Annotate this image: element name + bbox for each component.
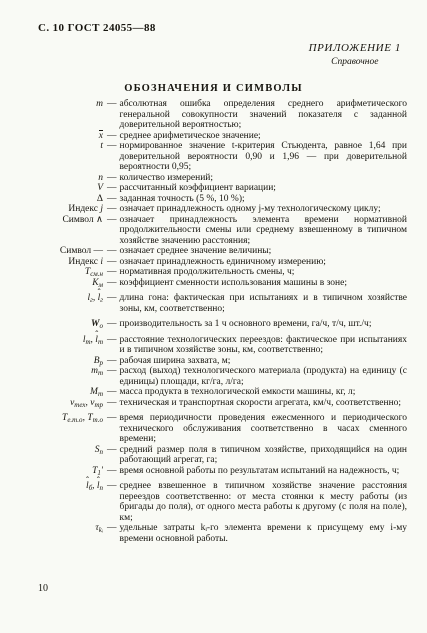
symbol-description: рабочая ширина захвата, м;	[120, 356, 408, 367]
symbol: Sп	[33, 445, 103, 456]
dash-separator: —	[103, 246, 120, 257]
symbol-entry: x—среднее арифметическое значение;	[33, 131, 407, 142]
symbol-kind-label: Индекс	[68, 257, 100, 267]
dash-separator: —	[103, 481, 120, 492]
symbol-description: средний размер поля в типичном хозяйстве…	[120, 445, 408, 466]
dash-separator: —	[103, 293, 120, 304]
symbol-entry: Mт—масса продукта в технологической емко…	[33, 387, 407, 398]
symbol-entry: Символ ∧—означает принадлежность элемент…	[33, 215, 407, 247]
symbol: V	[33, 183, 103, 194]
symbol-description: означает принадлежность одному j-му техн…	[120, 204, 408, 215]
dash-separator: —	[103, 131, 120, 142]
symbol: Wо	[33, 319, 103, 330]
symbol-description: нормативная продолжительность смены, ч;	[120, 267, 408, 278]
symbol-entry: lг, lг—длина гона: фактическая при испыт…	[33, 293, 407, 314]
symbol-entry: T1′—время основной работы по результатам…	[33, 466, 407, 477]
dash-separator: —	[103, 204, 120, 215]
symbol: t	[33, 141, 103, 152]
symbol-description: среднее взвешенное в типичном хозяйстве …	[120, 481, 408, 523]
symbol-description: количество измерений;	[120, 173, 408, 184]
appendix-block: ПРИЛОЖЕНИЕ 1 Справочное	[309, 42, 401, 67]
dash-separator: —	[103, 445, 120, 456]
symbol-description: длина гона: фактическая при испытаниях и…	[120, 293, 408, 314]
dash-separator: —	[103, 356, 120, 367]
dash-separator: —	[103, 183, 120, 194]
dash-separator: —	[103, 466, 120, 477]
symbol: Mт	[33, 387, 103, 398]
symbol-description: расход (выход) технологического материал…	[120, 366, 408, 387]
page-number: 10	[38, 583, 48, 594]
dash-separator: —	[103, 99, 120, 110]
symbol-entry: n—количество измерений;	[33, 173, 407, 184]
symbol-entry: Индекс i—означает принадлежность единичн…	[33, 257, 407, 268]
dash-separator: —	[103, 523, 120, 534]
symbol-description: нормированное значение t-критерия Стьюде…	[120, 141, 408, 173]
dash-separator: —	[103, 173, 120, 184]
symbol-description: удельные затраты kᵢ-го элемента времени …	[120, 523, 408, 544]
symbol: mт	[33, 366, 103, 377]
dash-separator: —	[103, 278, 120, 289]
symbol-entry: Kм—коэффициент сменности использования м…	[33, 278, 407, 289]
dash-separator: —	[103, 387, 120, 398]
symbol-entry: lт, lт—расстояние технологических переез…	[33, 335, 407, 356]
symbol-description: время периодичности проведения ежесменно…	[120, 413, 408, 445]
symbol: lб, lп	[33, 481, 103, 492]
symbol: x	[33, 131, 103, 142]
appendix-note: Справочное	[309, 57, 401, 67]
symbol: vтех, vтр	[33, 398, 103, 409]
symbol: Индекс j	[33, 204, 103, 215]
symbol-description: время основной работы по результатам исп…	[120, 466, 408, 477]
dash-separator: —	[103, 215, 120, 226]
dash-separator: —	[103, 366, 120, 377]
symbol-entry: Wо—производительность за 1 ч основного в…	[33, 319, 407, 330]
symbol-kind-label: Индекс	[68, 204, 100, 214]
symbol: Bр	[33, 356, 103, 367]
symbol-description: абсолютная ошибка определения среднего а…	[120, 99, 408, 131]
symbol-entry: vтех, vтр—техническая и транспортная ско…	[33, 398, 407, 409]
symbol-entry: Bр—рабочая ширина захвата, м;	[33, 356, 407, 367]
dash-separator: —	[103, 398, 120, 409]
symbol-entry: Символ ——означает среднее значение велич…	[33, 246, 407, 257]
symbol-kind-label: Символ	[60, 246, 94, 256]
symbol-kind-label: Символ	[62, 215, 96, 225]
symbol-entry: m—абсолютная ошибка определения среднего…	[33, 99, 407, 131]
symbol-entry: Индекс j—означает принадлежность одному …	[33, 204, 407, 215]
symbol: n	[33, 173, 103, 184]
document-page: С. 10 ГОСТ 24055—88 ПРИЛОЖЕНИЕ 1 Справоч…	[0, 0, 427, 633]
page-title: ОБОЗНАЧЕНИЯ И СИМВОЛЫ	[0, 83, 427, 94]
symbol: Символ —	[33, 246, 103, 257]
dash-separator: —	[103, 319, 120, 330]
appendix-label: ПРИЛОЖЕНИЕ 1	[309, 42, 401, 54]
symbol: Tсм.н	[33, 267, 103, 278]
symbol-entry: Tе.т.о, Tт.о—время периодичности проведе…	[33, 413, 407, 445]
dash-separator: —	[103, 141, 120, 152]
symbol-entry: Sп—средний размер поля в типичном хозяйс…	[33, 445, 407, 466]
dash-separator: —	[103, 267, 120, 278]
dash-separator: —	[103, 335, 120, 346]
symbol-description: коэффициент сменности использования маши…	[120, 278, 408, 289]
symbol-description: производительность за 1 ч основного врем…	[120, 319, 408, 330]
symbol: Kм	[33, 278, 103, 289]
symbol-description: расстояние технологических переездов: фа…	[120, 335, 408, 356]
symbol-entry: τkᵢ—удельные затраты kᵢ-го элемента врем…	[33, 523, 407, 544]
dash-separator: —	[103, 194, 120, 205]
symbol-entry: Tсм.н—нормативная продолжительность смен…	[33, 267, 407, 278]
symbol: T1′	[33, 466, 103, 477]
symbol-description: техническая и транспортная скорости агре…	[120, 398, 408, 409]
symbol: Δ	[33, 194, 103, 205]
symbol-description: означает принадлежность элемента времени…	[120, 215, 408, 247]
dash-separator: —	[103, 257, 120, 268]
symbol-entry: Δ—заданная точность (5 %, 10 %);	[33, 194, 407, 205]
symbol: Символ ∧	[33, 215, 103, 226]
symbol-description: означает принадлежность единичному измер…	[120, 257, 408, 268]
symbol-entry: lб, lп—среднее взвешенное в типичном хоз…	[33, 481, 407, 523]
doc-header: С. 10 ГОСТ 24055—88	[38, 22, 156, 34]
symbol-description: рассчитанный коэффициент вариации;	[120, 183, 408, 194]
symbol: lт, lт	[33, 335, 103, 346]
symbols-list: m—абсолютная ошибка определения среднего…	[33, 99, 407, 544]
symbol-description: заданная точность (5 %, 10 %);	[120, 194, 408, 205]
symbol-description: масса продукта в технологической емкости…	[120, 387, 408, 398]
symbol: Индекс i	[33, 257, 103, 268]
symbol: m	[33, 99, 103, 110]
symbol-entry: V—рассчитанный коэффициент вариации;	[33, 183, 407, 194]
symbol-description: означает среднее значение величины;	[120, 246, 408, 257]
symbol: Tе.т.о, Tт.о	[33, 413, 103, 424]
symbol-entry: t—нормированное значение t-критерия Стью…	[33, 141, 407, 173]
symbol: lг, lг	[33, 293, 103, 304]
dash-separator: —	[103, 413, 120, 424]
symbol-description: среднее арифметическое значение;	[120, 131, 408, 142]
symbol-entry: mт—расход (выход) технологического матер…	[33, 366, 407, 387]
symbol: τkᵢ	[33, 523, 103, 534]
